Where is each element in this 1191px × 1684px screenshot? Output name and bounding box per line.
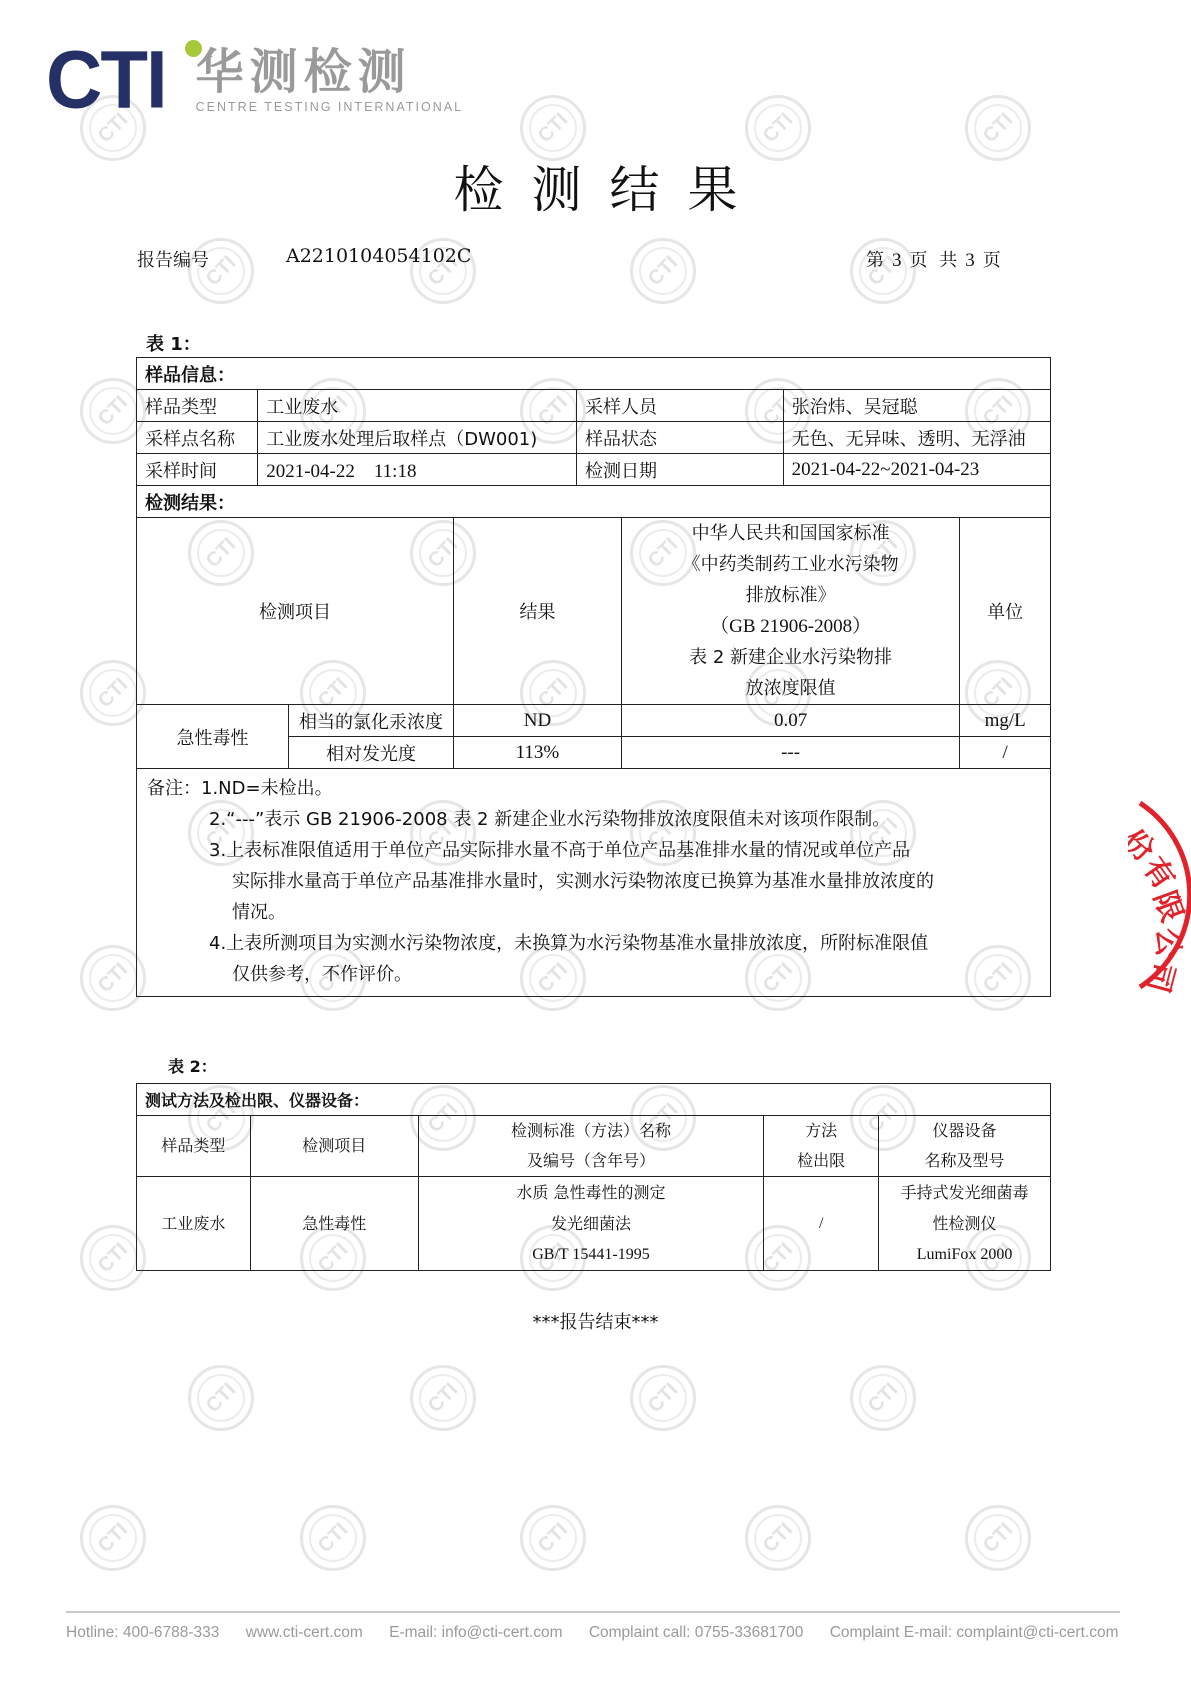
note-item: 4.上表所测项目为实测水污染物浓度，未换算为水污染物基准水量排放浓度，所附标准限…	[147, 928, 1040, 959]
header-line: 检出限	[772, 1146, 870, 1176]
sampling-site-value: 工业废水处理后取样点（DW001)	[258, 422, 577, 454]
company-seal-icon: 份 有 限 公 司	[1128, 795, 1191, 995]
standard-line: 排放标准》	[630, 580, 951, 611]
header-line: 及编号（含年号）	[427, 1146, 756, 1176]
table-row: 工业废水 急性毒性 水质 急性毒性的测定 发光细菌法 GB/T 15441-19…	[137, 1177, 1051, 1271]
page-current: 3	[892, 250, 902, 271]
page-total: 3	[965, 250, 975, 271]
sample-type-label: 样品类型	[137, 390, 258, 422]
test-item: 相对发光度	[289, 737, 454, 769]
header-line: 方法	[772, 1116, 870, 1146]
standard-line: 中华人民共和国国家标准	[630, 518, 951, 549]
note-item: 仅供参考，不作评价。	[147, 959, 1040, 990]
sample-info-heading: 样品信息：	[137, 358, 1051, 390]
detection-limit: /	[764, 1177, 879, 1271]
standard-line: 《中药类制药工业水污染物	[630, 549, 951, 580]
instrument-line: 性检测仪	[887, 1208, 1042, 1239]
header-line: 仪器设备	[887, 1116, 1042, 1146]
method-line: 发光细菌法	[427, 1208, 756, 1239]
note-item: 1.ND=未检出。	[201, 778, 333, 799]
note-item: 情况。	[147, 897, 1040, 928]
test-item: 急性毒性	[250, 1177, 418, 1271]
col-header-unit: 单位	[960, 518, 1051, 705]
header-line: 样品类型	[145, 1131, 242, 1161]
logo-dot-icon	[185, 40, 202, 57]
test-unit: /	[960, 737, 1051, 769]
col-header-item: 检测项目	[250, 1116, 418, 1177]
footer-email[interactable]: E-mail: info@cti-cert.com	[389, 1624, 562, 1641]
footer-complaint-call: Complaint call: 0755-33681700	[589, 1624, 804, 1641]
col-header-detection-limit: 方法检出限	[764, 1116, 879, 1177]
table1-caption: 表 1：	[146, 330, 201, 356]
report-page: CTI 华测检测 CENTRE TESTING INTERNATIONAL 检测…	[0, 0, 1191, 1684]
col-header-instrument: 仪器设备名称及型号	[879, 1116, 1051, 1177]
col-header-sample-type: 样品类型	[137, 1116, 251, 1177]
results-table: 样品信息： 样品类型 工业废水 采样人员 张治炜、吴冠聪 采样点名称 工业废水处…	[136, 357, 1051, 997]
footer-complaint-email[interactable]: Complaint E-mail: complaint@cti-cert.com	[830, 1624, 1119, 1641]
test-limit: ---	[621, 737, 959, 769]
col-header-standard: 中华人民共和国国家标准 《中药类制药工业水污染物 排放标准》 （GB 21906…	[621, 518, 959, 705]
notes-cell: 备注：1.ND=未检出。 2.“---”表示 GB 21906-2008 表 2…	[137, 769, 1051, 997]
report-end-marker: ***报告结束***	[0, 1308, 1191, 1334]
footer-website[interactable]: www.cti-cert.com	[246, 1624, 363, 1641]
test-group: 急性毒性	[137, 705, 289, 769]
sample-status-value: 无色、无异味、透明、无浮油	[783, 422, 1050, 454]
page-suffix: 页	[983, 250, 1001, 271]
sampling-time-value: 2021-04-22 11:18	[258, 454, 577, 486]
standard-line: （GB 21906-2008）	[630, 611, 951, 642]
seal-char: 公	[1150, 928, 1185, 958]
instrument: 手持式发光细菌毒 性检测仪 LumiFox 2000	[879, 1177, 1051, 1271]
footer-divider	[66, 1611, 1120, 1613]
page-mid: 页 共	[910, 250, 958, 271]
standard-line: 放浓度限值	[630, 673, 951, 704]
header-line: 名称及型号	[887, 1146, 1042, 1176]
header-line: 检测项目	[259, 1131, 410, 1161]
table2-caption: 表 2：	[168, 1054, 217, 1077]
results-heading: 检测结果：	[137, 486, 1051, 518]
test-item: 相当的氯化汞浓度	[289, 705, 454, 737]
table-row: 急性毒性 相当的氯化汞浓度 ND 0.07 mg/L	[137, 705, 1051, 737]
sample-type: 工业废水	[137, 1177, 251, 1271]
sample-type-value: 工业废水	[258, 390, 577, 422]
standard-line: 表 2 新建企业水污染物排	[630, 642, 951, 673]
page-title: 检测结果	[0, 150, 1191, 222]
col-header-result: 结果	[454, 518, 622, 705]
test-date-label: 检测日期	[577, 454, 784, 486]
sampling-site-label: 采样点名称	[137, 422, 258, 454]
col-header-method: 检测标准（方法）名称及编号（含年号）	[418, 1116, 764, 1177]
method: 水质 急性毒性的测定 发光细菌法 GB/T 15441-1995	[418, 1177, 764, 1271]
sampling-time-label: 采样时间	[137, 454, 258, 486]
test-limit: 0.07	[621, 705, 959, 737]
test-date-value: 2021-04-22~2021-04-23	[783, 454, 1050, 486]
instrument-line: 手持式发光细菌毒	[887, 1177, 1042, 1208]
test-result: 113%	[454, 737, 622, 769]
methods-table: 测试方法及检出限、仪器设备： 样品类型 检测项目 检测标准（方法）名称及编号（含…	[136, 1083, 1051, 1271]
method-line: GB/T 15441-1995	[427, 1239, 756, 1270]
report-number-label: 报告编号	[137, 246, 209, 272]
seal-char: 司	[1139, 958, 1181, 995]
notes-label: 备注：	[147, 778, 201, 799]
sampler-label: 采样人员	[577, 390, 784, 422]
logo-english-name: CENTRE TESTING INTERNATIONAL	[196, 100, 463, 114]
sampler-value: 张治炜、吴冠聪	[783, 390, 1050, 422]
cti-logo: CTI 华测检测 CENTRE TESTING INTERNATIONAL	[46, 40, 463, 118]
test-result: ND	[454, 705, 622, 737]
footer-hotline: Hotline: 400-6788-333	[66, 1624, 219, 1641]
header-line: 检测标准（方法）名称	[427, 1116, 756, 1146]
footer: Hotline: 400-6788-333 www.cti-cert.com E…	[66, 1624, 1140, 1642]
page-indicator: 第3页 共3页	[866, 246, 1009, 272]
report-number: A2210104054102C	[286, 245, 471, 267]
sample-status-label: 样品状态	[577, 422, 784, 454]
logo-chinese-name: 华测检测	[196, 46, 463, 98]
note-item: 2.“---”表示 GB 21906-2008 表 2 新建企业水污染物排放浓度…	[147, 804, 1040, 835]
methods-heading: 测试方法及检出限、仪器设备：	[137, 1084, 1051, 1116]
note-item: 实际排水量高于单位产品基准排水量时，实测水污染物浓度已换算为基准水量排放浓度的	[147, 866, 1040, 897]
instrument-line: LumiFox 2000	[887, 1239, 1042, 1270]
page-prefix: 第	[866, 250, 884, 271]
note-item: 3.上表标准限值适用于单位产品实际排水量不高于单位产品基准排水量的情况或单位产品	[147, 835, 1040, 866]
col-header-item: 检测项目	[137, 518, 454, 705]
test-unit: mg/L	[960, 705, 1051, 737]
logo-cti-text: CTI	[46, 38, 166, 120]
method-line: 水质 急性毒性的测定	[427, 1177, 756, 1208]
